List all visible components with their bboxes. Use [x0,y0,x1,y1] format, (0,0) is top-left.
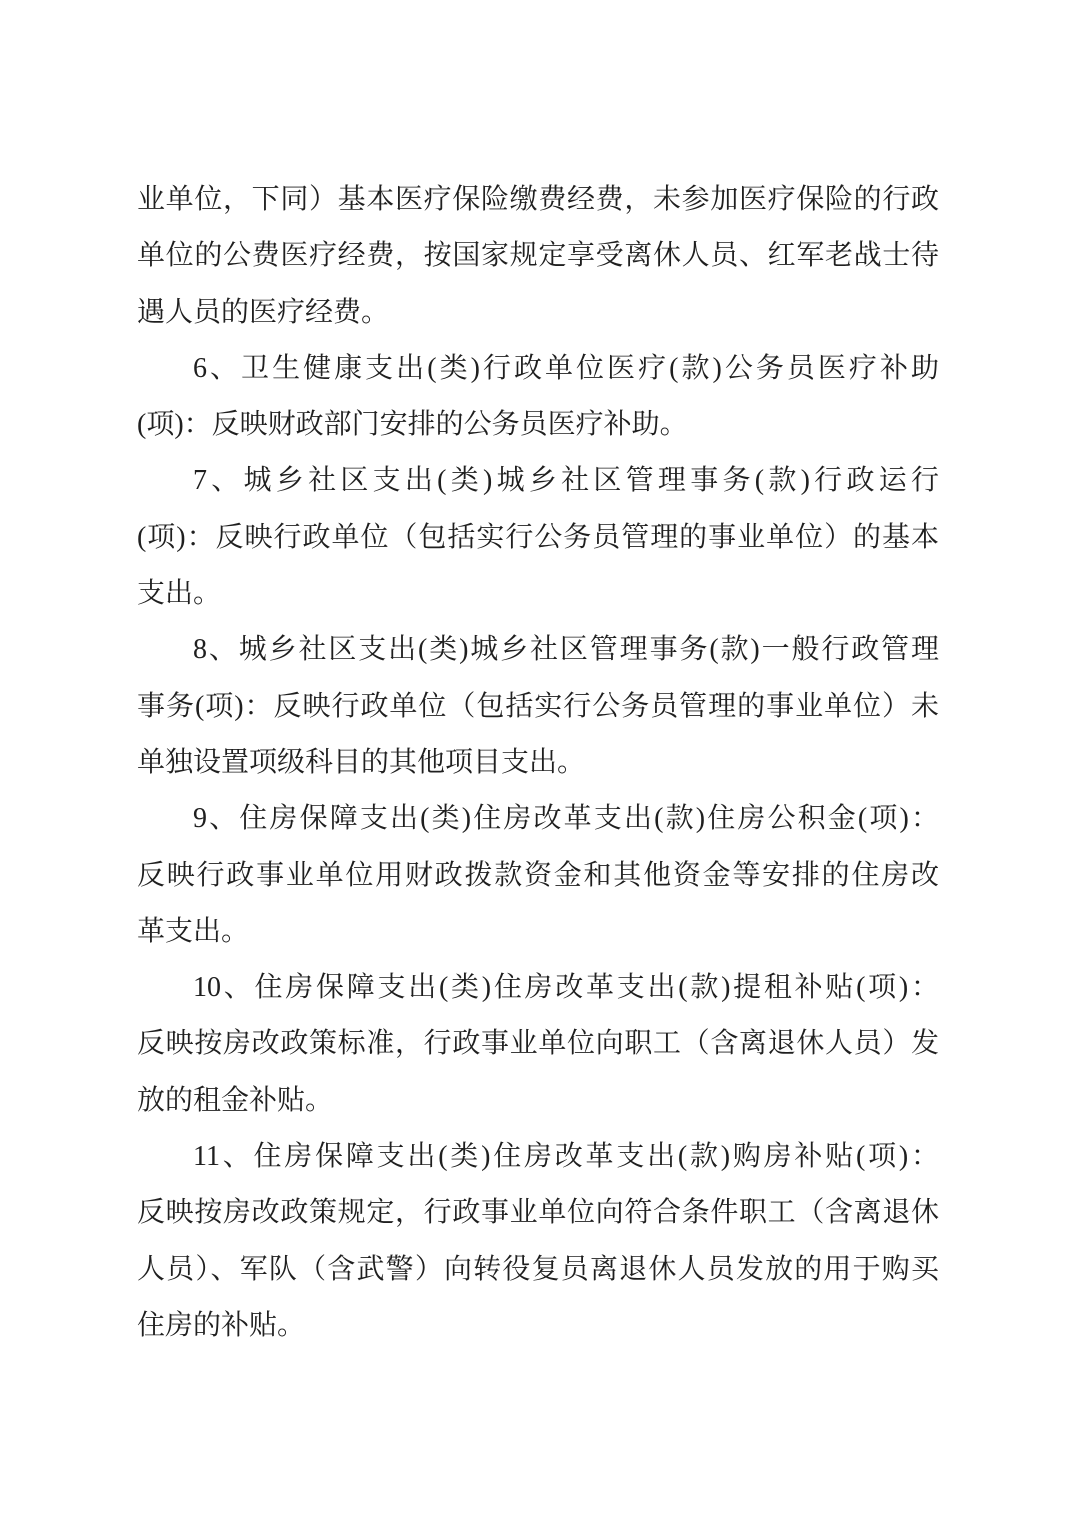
text-line: 反映按房改政策标准，行政事业单位向职工（含离退休人员）发 [137,1016,939,1072]
text-line: 单独设置项级科目的其他项目支出。 [137,735,939,791]
paragraph-item-5-continuation: 业单位，下同）基本医疗保险缴费经费，未参加医疗保险的行政单位的公费医疗经费，按国… [137,172,939,341]
text-line: 革支出。 [137,904,939,960]
paragraph-item-11: 11、住房保障支出(类)住房改革支出(款)购房补贴(项)：反映按房改政策规定，行… [137,1129,939,1354]
paragraph-item-7: 7、城乡社区支出(类)城乡社区管理事务(款)行政运行(项)：反映行政单位（包括实… [137,453,939,622]
text-line: 反映按房改政策规定，行政事业单位向符合条件职工（含离退休 [137,1185,939,1241]
document-body: 业单位，下同）基本医疗保险缴费经费，未参加医疗保险的行政单位的公费医疗经费，按国… [137,172,939,1354]
paragraph-item-9: 9、住房保障支出(类)住房改革支出(款)住房公积金(项)：反映行政事业单位用财政… [137,791,939,960]
text-line: 放的租金补贴。 [137,1073,939,1129]
paragraph-item-8: 8、城乡社区支出(类)城乡社区管理事务(款)一般行政管理事务(项)：反映行政单位… [137,622,939,791]
text-line: 7、城乡社区支出(类)城乡社区管理事务(款)行政运行 [137,453,939,509]
document-page: 业单位，下同）基本医疗保险缴费经费，未参加医疗保险的行政单位的公费医疗经费，按国… [0,0,1074,1520]
paragraph-item-10: 10、住房保障支出(类)住房改革支出(款)提租补贴(项)：反映按房改政策标准，行… [137,960,939,1129]
text-line: 反映行政事业单位用财政拨款资金和其他资金等安排的住房改 [137,848,939,904]
text-line: 业单位，下同）基本医疗保险缴费经费，未参加医疗保险的行政 [137,172,939,228]
paragraph-item-6: 6、卫生健康支出(类)行政单位医疗(款)公务员医疗补助(项)：反映财政部门安排的… [137,341,939,454]
text-line: 人员）、军队（含武警）向转役复员离退休人员发放的用于购买 [137,1242,939,1298]
text-line: 遇人员的医疗经费。 [137,285,939,341]
text-line: 9、住房保障支出(类)住房改革支出(款)住房公积金(项)： [137,791,939,847]
text-line: 6、卫生健康支出(类)行政单位医疗(款)公务员医疗补助 [137,341,939,397]
text-line: 8、城乡社区支出(类)城乡社区管理事务(款)一般行政管理 [137,622,939,678]
text-line: 11、住房保障支出(类)住房改革支出(款)购房补贴(项)： [137,1129,939,1185]
text-line: 事务(项)：反映行政单位（包括实行公务员管理的事业单位）未 [137,679,939,735]
text-line: 住房的补贴。 [137,1298,939,1354]
text-line: (项)：反映行政单位（包括实行公务员管理的事业单位）的基本 [137,510,939,566]
text-line: (项)：反映财政部门安排的公务员医疗补助。 [137,397,939,453]
text-line: 支出。 [137,566,939,622]
text-line: 单位的公费医疗经费，按国家规定享受离休人员、红军老战士待 [137,228,939,284]
text-line: 10、住房保障支出(类)住房改革支出(款)提租补贴(项)： [137,960,939,1016]
